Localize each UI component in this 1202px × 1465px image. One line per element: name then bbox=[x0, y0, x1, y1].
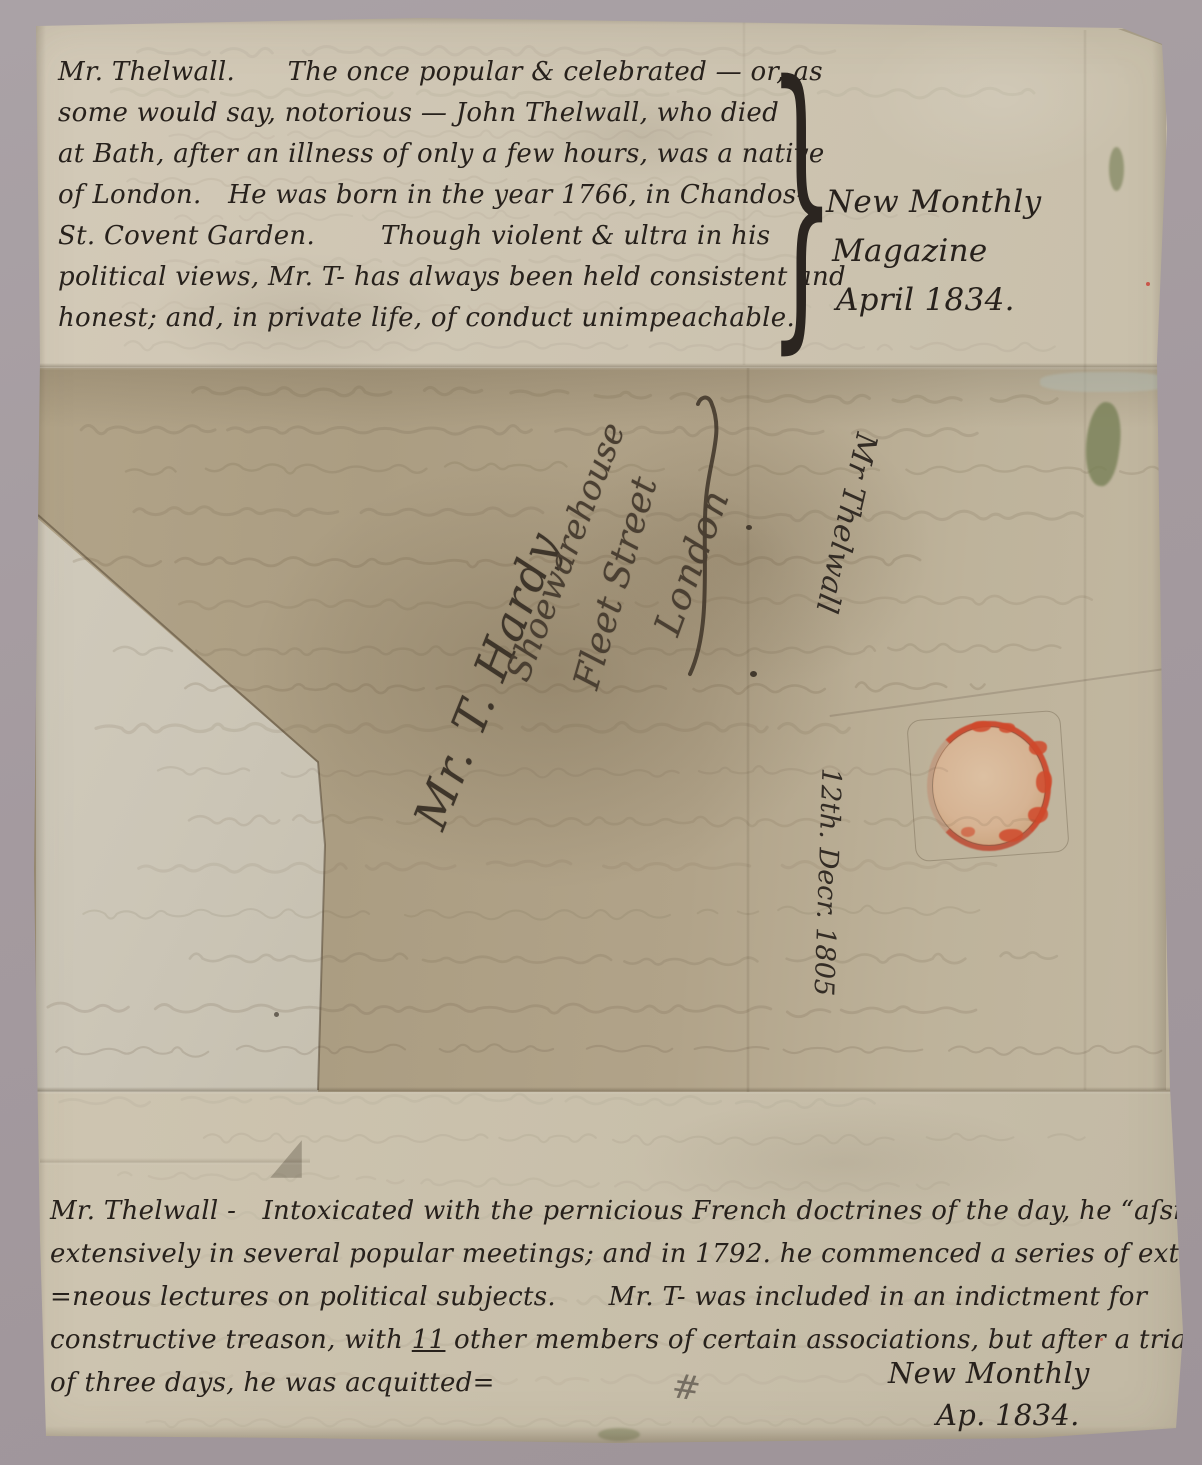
line4-post: other members of certain associations, b… bbox=[445, 1325, 1195, 1355]
letter-sheet: Mr. Thelwall. The once popular & celebra… bbox=[0, 0, 1202, 1465]
attribution-line: New Monthly bbox=[888, 1352, 1090, 1394]
bottom-note-line: =neous lectures on political subjects. M… bbox=[50, 1276, 1202, 1319]
top-note: Mr. Thelwall. The once popular & celebra… bbox=[58, 52, 846, 339]
pencil-hash-mark: # bbox=[669, 1366, 703, 1410]
top-note-line: St. Covent Garden. Though violent & ultr… bbox=[58, 216, 846, 257]
attribution-line: April 1834. bbox=[836, 276, 1041, 325]
bottom-attribution: New Monthly Ap. 1834. bbox=[888, 1352, 1090, 1436]
attribution-line: Magazine bbox=[832, 227, 1041, 276]
top-note-line: honest; and, in private life, of conduct… bbox=[58, 298, 846, 339]
top-note-line: Mr. Thelwall. The once popular & celebra… bbox=[58, 52, 846, 93]
top-note-line: of London. He was born in the year 1766,… bbox=[58, 175, 846, 216]
top-note-line: some would say, notorious — John Thelwal… bbox=[58, 93, 846, 134]
attribution-line: Ap. 1834. bbox=[936, 1394, 1090, 1436]
top-attribution: New Monthly Magazine April 1834. bbox=[826, 178, 1041, 325]
top-note-line: at Bath, after an illness of only a few … bbox=[58, 134, 846, 175]
line4-pre: constructive treason, with bbox=[50, 1325, 412, 1355]
underlined-eleven: 11 bbox=[412, 1325, 446, 1355]
bottom-note-line: extensively in several popular meetings;… bbox=[50, 1233, 1202, 1276]
bottom-note-line: Mr. Thelwall - Intoxicated with the pern… bbox=[50, 1190, 1202, 1233]
top-note-line: political views, Mr. T- has always been … bbox=[58, 257, 846, 298]
attribution-line: New Monthly bbox=[826, 178, 1041, 227]
photo-mat: Mr. Thelwall. The once popular & celebra… bbox=[0, 0, 1202, 1465]
